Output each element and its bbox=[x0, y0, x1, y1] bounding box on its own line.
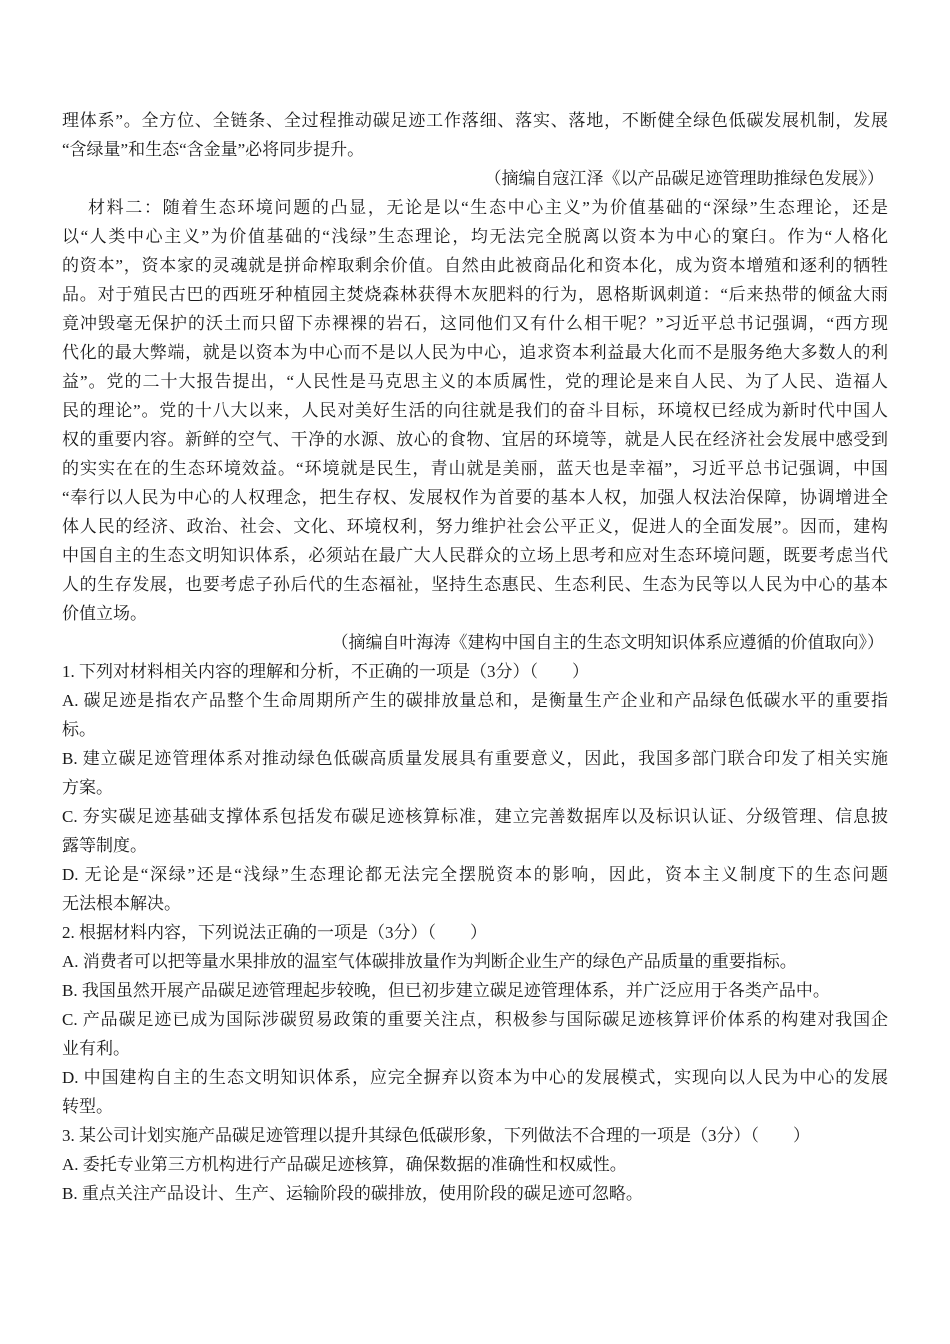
passage-line: 竟冲毁毫无保护的沃土而只留下赤裸裸的岩石，这同他们又有什么相干呢？”习近平总书记… bbox=[62, 309, 888, 338]
passage-line: 品。对于殖民古巴的西班牙种植园主焚烧森林获得木灰肥料的行为，恩格斯讽刺道：“后来… bbox=[62, 280, 888, 309]
question-2-option-c: C. 产品碳足迹已成为国际涉碳贸易政策的重要关注点，积极参与国际碳足迹核算评价体… bbox=[62, 1005, 888, 1034]
question-1-block: 1. 下列对材料相关内容的理解和分析，不正确的一项是（3分）（ ） A. 碳足迹… bbox=[62, 657, 888, 918]
question-2-option-c-continued: 业有利。 bbox=[62, 1034, 888, 1063]
question-3-stem: 3. 某公司计划实施产品碳足迹管理以提升其绿色低碳形象，下列做法不合理的一项是（… bbox=[62, 1121, 888, 1150]
question-1-option-c-continued: 露等制度。 bbox=[62, 831, 888, 860]
material-two-section: 材料二：随着生态环境问题的凸显，无论是以“生态中心主义”为价值基础的“深绿”生态… bbox=[62, 193, 888, 657]
passage-line: “奉行以人民为中心的人权理念，把生存权、发展权作为首要的基本人权，加强人权法治保… bbox=[62, 483, 888, 512]
question-1-option-c: C. 夯实碳足迹基础支撑体系包括发布碳足迹核算标准，建立完善数据库以及标识认证、… bbox=[62, 802, 888, 831]
passage-line: 体人民的经济、政治、社会、文化、环境权利，努力维护社会公平正义，促进人的全面发展… bbox=[62, 512, 888, 541]
material-two-attribution: （摘编自叶海涛《建构中国自主的生态文明知识体系应遵循的价值取向》） bbox=[62, 628, 888, 657]
passage-line: 材料二：随着生态环境问题的凸显，无论是以“生态中心主义”为价值基础的“深绿”生态… bbox=[62, 193, 888, 222]
question-2-option-d: D. 中国建构自主的生态文明知识体系，应完全摒弃以资本为中心的发展模式，实现向以… bbox=[62, 1063, 888, 1092]
question-2-option-a: A. 消费者可以把等量水果排放的温室气体碳排放量作为判断企业生产的绿色产品质量的… bbox=[62, 947, 888, 976]
passage-line: 的资本”，资本家的灵魂就是拼命榨取剩余价值。自然由此被商品化和资本化，成为资本增… bbox=[62, 251, 888, 280]
passage-line: 理体系”。全方位、全链条、全过程推动碳足迹工作落细、落实、落地，不断健全绿色低碳… bbox=[62, 106, 888, 135]
passage-line: 益”。党的二十大报告提出，“人民性是马克思主义的本质属性，党的理论是来自人民、为… bbox=[62, 367, 888, 396]
passage-line: 价值立场。 bbox=[62, 599, 888, 628]
question-1-option-a: A. 碳足迹是指农产品整个生命周期所产生的碳排放量总和，是衡量生产企业和产品绿色… bbox=[62, 686, 888, 715]
passage-line: 人的生存发展，也要考虑子孙后代的生态福祉，坚持生态惠民、生态利民、生态为民等以人… bbox=[62, 570, 888, 599]
question-3-option-b: B. 重点关注产品设计、生产、运输阶段的碳排放，使用阶段的碳足迹可忽略。 bbox=[62, 1179, 888, 1208]
question-3-block: 3. 某公司计划实施产品碳足迹管理以提升其绿色低碳形象，下列做法不合理的一项是（… bbox=[62, 1121, 888, 1208]
exam-text-body: 理体系”。全方位、全链条、全过程推动碳足迹工作落细、落实、落地，不断健全绿色低碳… bbox=[62, 106, 888, 1208]
question-2-option-b: B. 我国虽然开展产品碳足迹管理起步较晚，但已初步建立碳足迹管理体系，并广泛应用… bbox=[62, 976, 888, 1005]
question-3-option-a: A. 委托专业第三方机构进行产品碳足迹核算，确保数据的准确性和权威性。 bbox=[62, 1150, 888, 1179]
material-one-attribution: （摘编自寇江泽《以产品碳足迹管理助推绿色发展》） bbox=[62, 164, 888, 193]
question-1-option-a-continued: 标。 bbox=[62, 715, 888, 744]
question-1-option-b-continued: 方案。 bbox=[62, 773, 888, 802]
question-2-block: 2. 根据材料内容，下列说法正确的一项是（3分）（ ） A. 消费者可以把等量水… bbox=[62, 918, 888, 1121]
question-1-option-d-continued: 无法根本解决。 bbox=[62, 889, 888, 918]
exam-scan-page: 理体系”。全方位、全链条、全过程推动碳足迹工作落细、落实、落地，不断健全绿色低碳… bbox=[0, 0, 950, 1344]
passage-line: 中国自主的生态文明知识体系，必须站在最广大人民群众的立场上思考和应对生态环境问题… bbox=[62, 541, 888, 570]
material-one-section: 理体系”。全方位、全链条、全过程推动碳足迹工作落细、落实、落地，不断健全绿色低碳… bbox=[62, 106, 888, 193]
passage-line: 以“人类中心主义”为价值基础的“浅绿”生态理论，均无法完全脱离以资本为中心的窠臼… bbox=[62, 222, 888, 251]
question-1-option-d: D. 无论是“深绿”还是“浅绿”生态理论都无法完全摆脱资本的影响，因此，资本主义… bbox=[62, 860, 888, 889]
passage-line: 的实实在在的生态环境效益。“环境就是民生，青山就是美丽，蓝天也是幸福”，习近平总… bbox=[62, 454, 888, 483]
question-1-stem: 1. 下列对材料相关内容的理解和分析，不正确的一项是（3分）（ ） bbox=[62, 657, 888, 686]
question-1-option-b: B. 建立碳足迹管理体系对推动绿色低碳高质量发展具有重要意义，因此，我国多部门联… bbox=[62, 744, 888, 773]
passage-line: “含绿量”和生态“含金量”必将同步提升。 bbox=[62, 135, 888, 164]
question-2-option-d-continued: 转型。 bbox=[62, 1092, 888, 1121]
passage-line: 代化的最大弊端，就是以资本为中心而不是以人民为中心，追求资本利益最大化而不是服务… bbox=[62, 338, 888, 367]
passage-line: 权的重要内容。新鲜的空气、干净的水源、放心的食物、宜居的环境等，就是人民在经济社… bbox=[62, 425, 888, 454]
passage-line: 民的理论”。党的十八大以来，人民对美好生活的向往就是我们的奋斗目标，环境权已经成… bbox=[62, 396, 888, 425]
question-2-stem: 2. 根据材料内容，下列说法正确的一项是（3分）（ ） bbox=[62, 918, 888, 947]
